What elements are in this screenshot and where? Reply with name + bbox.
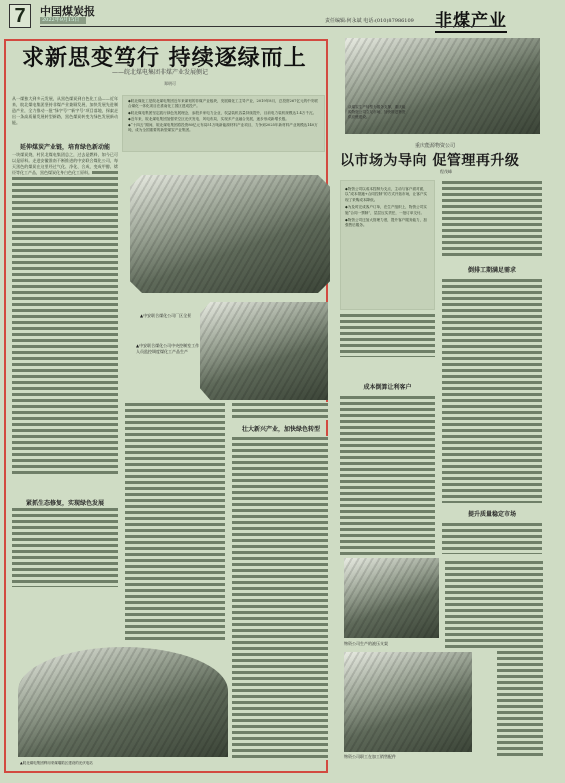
photo-caption: 从煤炭生产转型为服务支撑，重庆能源物资公司立足市场，加快推进物资供应链建设。 — [348, 105, 406, 120]
highlights-box: ◆皖北煤化工是皖北煤电集团近年来谋划的非煤产业板块，发展煤化工主导产业，2019… — [122, 95, 325, 152]
body-column — [442, 180, 542, 258]
photo-caption: 物资公司职工在加工销售配件 — [344, 754, 464, 760]
header-rule — [40, 26, 502, 27]
highlight-item: ◆物资公司还加大管理力度，提升客户服务能力，加强售后服务。 — [345, 218, 430, 229]
highlight-item: ◆皖北煤电集团坚定践行绿色发展理念，参股多家电力企业，权益装机容量持续提升，目前… — [128, 111, 319, 116]
section-title: 非煤产业 — [435, 6, 507, 33]
photo-caption: ▲皖北煤电集团利用采煤塌陷区建设的光伏电站 — [20, 760, 220, 766]
highlights-box: ◆物资公司以成本控制为支点，主动与客户面对面，以“成本领跑+合同控制”的方式开拓… — [340, 180, 435, 310]
highlight-item: ◆为及时完成客户订单，在生产组织上，物资公司实施“合同一票制”，层层压实责任，一… — [345, 205, 430, 216]
photo-caption: ▲中安联合煤化公司中央控制室工作人员监控调度煤化工产品生产 — [136, 343, 200, 355]
body-column — [340, 313, 435, 357]
section-heading: 紧抓生态修复，实现绿色发展 — [10, 498, 120, 507]
body-column — [232, 402, 328, 420]
editor-info: 责任编辑:何永斌 电话:(010)87986109 — [325, 17, 414, 24]
photo-caption: ▲中安联合煤化公司厂区全景 — [140, 313, 200, 319]
article-lead: 从一煤独大到多元发展，从黑色煤炭到白色化工品——近年来，皖北煤电集团坚持非煤产业… — [12, 96, 118, 136]
section-heading: 提升质量稳定市场 — [442, 509, 542, 518]
body-column — [340, 395, 435, 555]
chemical-plant-photo — [130, 175, 330, 293]
welding-photo — [344, 652, 472, 752]
body-column — [12, 507, 118, 587]
highlight-item: ◆近年来，皖北煤电集团加强采空区光伏发电、风电布局，实现多产业融合发展，逐步形成… — [128, 117, 319, 122]
body-column — [125, 402, 225, 642]
body-column — [442, 278, 542, 503]
issue-date: 2022年9月15日 — [40, 17, 86, 24]
article-subtitle: ——皖北煤电集团非煤产业发展侧记 — [112, 67, 208, 76]
body-column — [232, 436, 328, 760]
section-heading: 壮大新兴产业，加快绿色转型 — [232, 424, 330, 433]
highlight-item: ◆皖北煤化工是皖北煤电集团近年来谋划的非煤产业板块，发展煤化工主导产业，2019… — [128, 99, 319, 110]
highlight-item: ◆“十四五”期间，皖北煤电集团将投资80亿元布局51万吨新能源材料产业项目，力争… — [128, 123, 319, 134]
power-plant-photo — [18, 647, 228, 757]
section-heading: 延伸煤炭产业链，培育绿色新动能 — [10, 142, 120, 151]
article-author: 程茂峰 — [440, 169, 452, 175]
section-heading: 成本倒算让利客户 — [340, 382, 435, 391]
body-column — [445, 560, 543, 648]
photo-caption: 物资公司生产的液压支架 — [344, 641, 439, 647]
highlight-item: ◆物资公司以成本控制为支点，主动与客户面对面，以“成本领跑+合同控制”的方式开拓… — [345, 187, 430, 203]
page-number: 7 — [9, 4, 31, 28]
section-heading: 倒排工期满足需求 — [442, 265, 542, 274]
control-room-photo — [200, 302, 328, 400]
body-column — [497, 650, 543, 758]
body-column — [442, 522, 542, 554]
company-name: 重庆能源物资公司 — [415, 142, 455, 149]
body-text: 一块煤炭烧，村民北煤电集团总之，过去是燃料，如今已可以是原料。走进安徽淮南不断推… — [12, 152, 118, 175]
article-author: 郑明可 — [164, 81, 176, 87]
body-column: 一块煤炭烧，村民北煤电集团总之，过去是燃料，如今已可以是原料。走进安徽淮南不断推… — [12, 152, 118, 474]
hydraulic-support-photo — [344, 558, 439, 638]
article-headline[interactable]: 以市场为导向 促管理再升级 — [340, 150, 519, 170]
